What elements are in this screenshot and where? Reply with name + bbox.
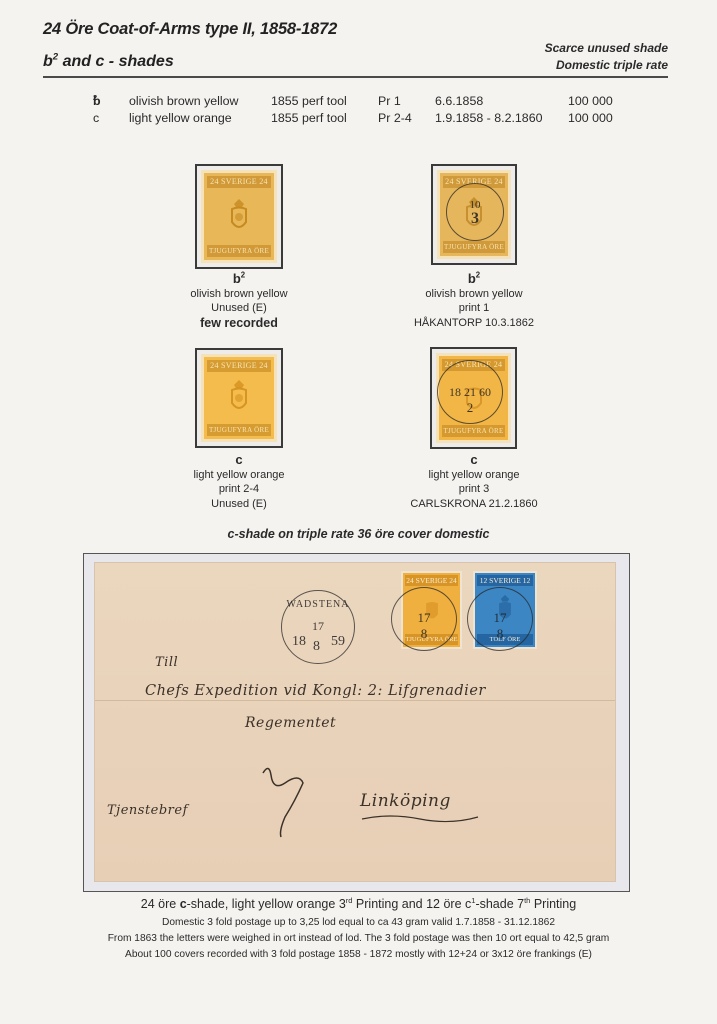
handwritten-flourish-icon [255, 761, 315, 841]
cell-quantity: 100 000 [568, 111, 613, 125]
coat-of-arms-icon [226, 379, 252, 417]
header-rule [43, 76, 668, 78]
stamp-caption-c-used: c light yellow orange print 3 CARLSKRONA… [374, 453, 574, 511]
caption-shade: b2 [139, 272, 339, 287]
stamp-bottom-label: TJUGUFYRA ÖRE [207, 245, 271, 257]
subtitle-shade: b [43, 53, 53, 70]
address-line-regiment: Regementet [245, 715, 336, 731]
stamp-top-label: 24 SVERIGE 24 [207, 176, 271, 188]
postmark-wadstena: WADSTENA 17 18 8 59 [281, 590, 355, 664]
cover-stamp-12-ore[interactable]: 12 SVERIGE 12 TOLF ÖRE 17 8 [475, 573, 535, 647]
caption-line: HÅKANTORP 10.3.1862 [374, 316, 574, 331]
underline-flourish-icon [360, 811, 480, 825]
cell-shade: b2 [93, 94, 97, 108]
caption-note: few recorded [139, 316, 339, 331]
caption-shade: c [374, 453, 574, 468]
caption-line: print 1 [374, 301, 574, 316]
page-title: 24 Öre Coat-of-Arms type II, 1858-1872 [43, 20, 337, 39]
stamp-frame-c-unused[interactable]: 24 SVERIGE 24 TJUGUFYRA ÖRE [195, 348, 283, 448]
cover-description-ort: From 1863 the letters were weighed in or… [0, 933, 717, 944]
cancel-postmark: 17 8 [391, 587, 457, 651]
stamp-image: 24 SVERIGE 24 TJUGUFYRA ÖRE 18 21 60 2 [439, 356, 508, 440]
note-domestic-triple: Domestic triple rate [556, 58, 668, 72]
stamp-frame-b2-used[interactable]: 24 SVERIGE 24 TJUGUFYRA ÖRE 10 3 [431, 164, 517, 265]
caption-color: light yellow orange [374, 468, 574, 483]
caption-color: light yellow orange [139, 468, 339, 483]
subtitle-text: and c - shades [58, 53, 174, 70]
stamp-caption-b2-unused: b2 olivish brown yellow Unused (E) few r… [139, 272, 339, 330]
address-line-till: Till [155, 655, 178, 670]
page-subtitle: b2 and c - shades [43, 53, 174, 71]
cancel-postmark: 17 8 [467, 587, 533, 651]
address-line-recipient: Chefs Expedition vid Kongl: 2: Lifgrenad… [145, 683, 486, 699]
stamp-caption-c-unused: c light yellow orange print 2-4 Unused (… [139, 453, 339, 511]
cell-perf: 1855 perf tool [271, 94, 347, 108]
coat-of-arms-icon [226, 198, 252, 236]
stamp-image: 24 SVERIGE 24 TJUGUFYRA ÖRE [204, 357, 274, 439]
caption-shade: b2 [374, 272, 574, 287]
caption-shade: c [139, 453, 339, 468]
cell-color: light yellow orange [129, 111, 232, 125]
cover-description-rate: Domestic 3 fold postage up to 3,25 lod e… [0, 917, 717, 928]
cancel-postmark: 18 21 60 2 [437, 360, 503, 424]
caption-line: print 2-4 [139, 482, 339, 497]
cover-description-title: 24 öre c-shade, light yellow orange 3rd … [0, 897, 717, 911]
cover-description-recorded: About 100 covers recorded with 3 fold po… [0, 949, 717, 960]
stamp-bottom-label: TJUGUFYRA ÖRE [443, 241, 505, 253]
cover-envelope[interactable]: WADSTENA 17 18 8 59 24 SVERIGE 24 TJUGUF… [95, 563, 615, 881]
note-scarce-unused: Scarce unused shade [545, 41, 668, 55]
cell-perf: 1855 perf tool [271, 111, 347, 125]
cell-dates: 1.9.1858 - 8.2.1860 [435, 111, 542, 125]
cell-color: olivish brown yellow [129, 94, 239, 108]
caption-line: print 3 [374, 482, 574, 497]
caption-line: Unused (E) [139, 301, 339, 316]
cancel-postmark: 10 3 [446, 183, 504, 241]
cell-quantity: 100 000 [568, 94, 613, 108]
stamp-frame-c-used[interactable]: 24 SVERIGE 24 TJUGUFYRA ÖRE 18 21 60 2 [430, 347, 517, 449]
caption-line: Unused (E) [139, 497, 339, 512]
cell-printing: Pr 1 [378, 94, 401, 108]
handwritten-official-mark: Tjenstebref [107, 803, 188, 818]
stamp-bottom-label: TJUGUFYRA ÖRE [207, 424, 271, 436]
address-city: Linköping [360, 791, 451, 811]
stamp-bottom-label: TJUGUFYRA ÖRE [442, 425, 505, 437]
caption-line: CARLSKRONA 21.2.1860 [374, 497, 574, 512]
cover-stamp-24-ore[interactable]: 24 SVERIGE 24 TJUGUFYRA ÖRE 17 8 [403, 573, 460, 647]
stamp-image: 24 SVERIGE 24 TJUGUFYRA ÖRE 10 3 [440, 173, 508, 256]
stamp-frame-b2-unused[interactable]: 24 SVERIGE 24 TJUGUFYRA ÖRE [195, 164, 283, 269]
stamp-top-label: 24 SVERIGE 24 [207, 360, 271, 372]
cell-printing: Pr 2-4 [378, 111, 412, 125]
caption-color: olivish brown yellow [374, 287, 574, 302]
cover-fold-line [95, 700, 615, 701]
cell-dates: 6.6.1858 [435, 94, 483, 108]
stamp-caption-b2-used: b2 olivish brown yellow print 1 HÅKANTOR… [374, 272, 574, 330]
caption-color: olivish brown yellow [139, 287, 339, 302]
cover-heading: c-shade on triple rate 36 öre cover dome… [0, 527, 717, 541]
stamp-image: 24 SVERIGE 24 TJUGUFYRA ÖRE [204, 173, 274, 260]
